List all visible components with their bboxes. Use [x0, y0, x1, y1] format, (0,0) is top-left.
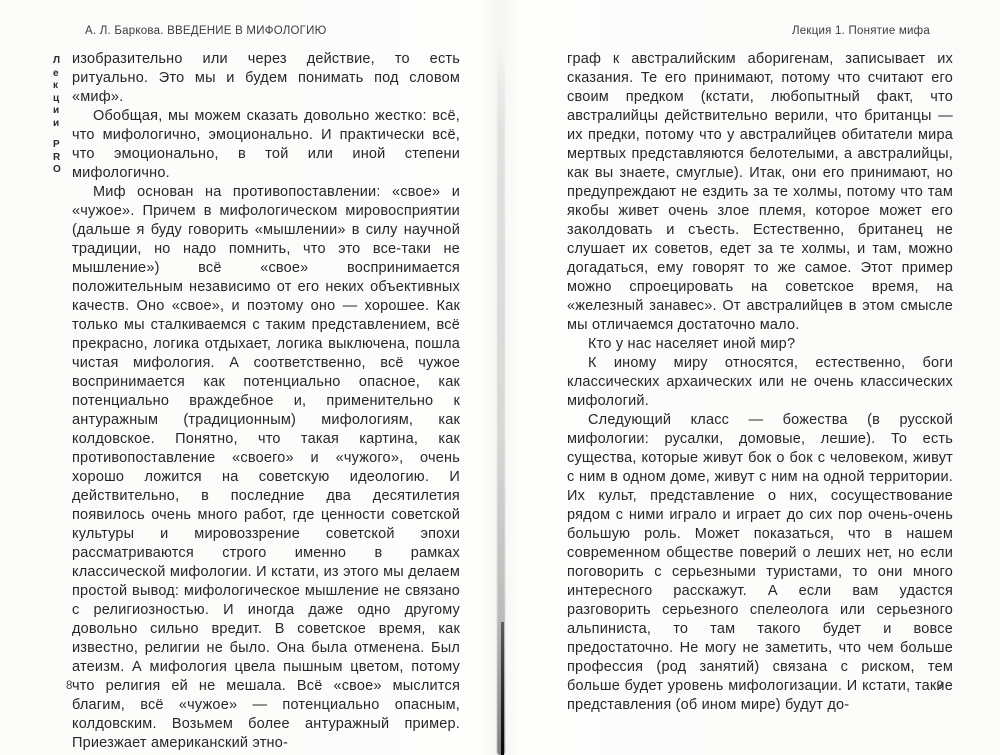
left-page: А. Л. Баркова. ВВЕДЕНИЕ В МИФОЛОГИЮ Лекц…: [0, 0, 500, 755]
book-spread: А. Л. Баркова. ВВЕДЕНИЕ В МИФОЛОГИЮ Лекц…: [0, 0, 1000, 755]
right-page-text: граф к австралийским аборигенам, записыв…: [567, 50, 953, 715]
paragraph: Миф основан на противопоставлении: «свое…: [72, 183, 460, 753]
left-page-text: изобразительно или через действие, то ес…: [72, 50, 460, 753]
paragraph: изобразительно или через действие, то ес…: [72, 50, 460, 107]
right-running-header: Лекция 1. Понятие мифа: [792, 25, 930, 37]
left-running-header: А. Л. Баркова. ВВЕДЕНИЕ В МИФОЛОГИЮ: [85, 25, 327, 37]
series-spine-label: Лекции PRO: [53, 55, 62, 177]
series-label-word: Лекции: [53, 55, 62, 130]
paragraph: Обобщая, мы можем сказать довольно жестк…: [72, 107, 460, 183]
right-page-number: 9: [937, 680, 943, 692]
series-label-brand: PRO: [53, 139, 62, 177]
right-page: Лекция 1. Понятие мифа граф к австралийс…: [500, 0, 1000, 755]
paragraph: К иному миру относятся, естественно, бог…: [567, 354, 953, 411]
left-page-number: 8: [66, 680, 72, 692]
paragraph: граф к австралийским аборигенам, записыв…: [567, 50, 953, 335]
paragraph: Кто у нас населяет иной мир?: [567, 335, 953, 354]
paragraph: Следующий класс — божества (в русской ми…: [567, 411, 953, 715]
